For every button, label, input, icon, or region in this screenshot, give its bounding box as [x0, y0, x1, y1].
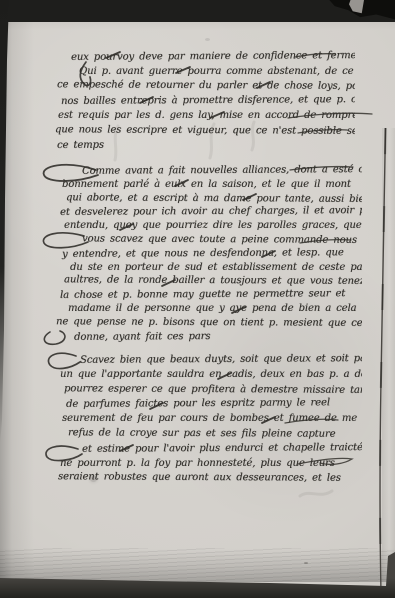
manuscript-line: nos bailles entrepris à promettre disfer…	[55, 93, 355, 110]
manuscript-line: entendu, quoy que pourriez dire les paro…	[52, 219, 362, 233]
manuscript-line: bonnement parlé à eulx en la saison, et …	[52, 178, 362, 192]
paragraph-2: Comme avant a fait nouvelles alliances, …	[52, 164, 362, 343]
paragraph-3: Scavez bien que beaux duyts, soit que de…	[52, 353, 362, 486]
paper-stain	[205, 38, 210, 41]
paragraph-1: eux pourvoy deve par maniere de confiden…	[55, 50, 355, 153]
paper-stain	[90, 476, 97, 482]
manuscript-line: de parfumes faictes pour les espritz par…	[52, 396, 362, 413]
manuscript-line: et desvelerez pour ich avoir au chef cha…	[52, 204, 362, 220]
manuscript-line: eux pourvoy deve par maniere de confiden…	[55, 49, 355, 66]
manuscript-line: seraient robustes que auront aux desseur…	[52, 471, 362, 487]
page-stack-edge	[0, 548, 395, 582]
manuscript-line: vous scavez que avec toute a peine comma…	[52, 232, 362, 247]
underlying-page-edge	[382, 128, 395, 598]
manuscript-line: du ste en porteur de sud et establisseme…	[52, 261, 362, 275]
manuscript-line: refus de la croye sur pas et ses fils pl…	[52, 426, 362, 442]
manuscript-line: ne que pense ne p. bisons que on tient p…	[52, 315, 362, 330]
manuscript-line: ce temps	[55, 137, 355, 154]
manuscript-line: un que l'apportante sauldra en cadis, de…	[52, 368, 362, 383]
manuscript-line: et estime pour l'avoir plus endurci et c…	[52, 441, 362, 458]
manuscript-line: Qui p. avant guerre pourra comme abstena…	[55, 65, 355, 80]
paper-stain	[304, 562, 308, 564]
manuscript-line: ne pourront p. la foy par honnesteté, pl…	[52, 457, 362, 472]
manuscript-line: madame il de personne que y aye pena de …	[52, 302, 362, 316]
manuscript-line: est requis par les d. gens lay, mise en …	[55, 109, 355, 124]
manuscript-line: Scavez bien que beaux duyts, soit que de…	[52, 352, 362, 369]
manuscript-line: la chose et p. bonne may guette ne perme…	[52, 287, 362, 303]
manuscript-line: seurement de feu par cours de bombes et …	[52, 412, 362, 427]
manuscript-line: Comme avant a fait nouvelles alliances, …	[52, 163, 362, 179]
scanned-manuscript-photo: eux pourvoy deve par maniere de confiden…	[0, 0, 395, 598]
manuscript-line: donne, ayant fait ces pars	[52, 329, 362, 345]
manuscript-line: y entendre, et que nous ne desfendonna, …	[52, 246, 362, 262]
